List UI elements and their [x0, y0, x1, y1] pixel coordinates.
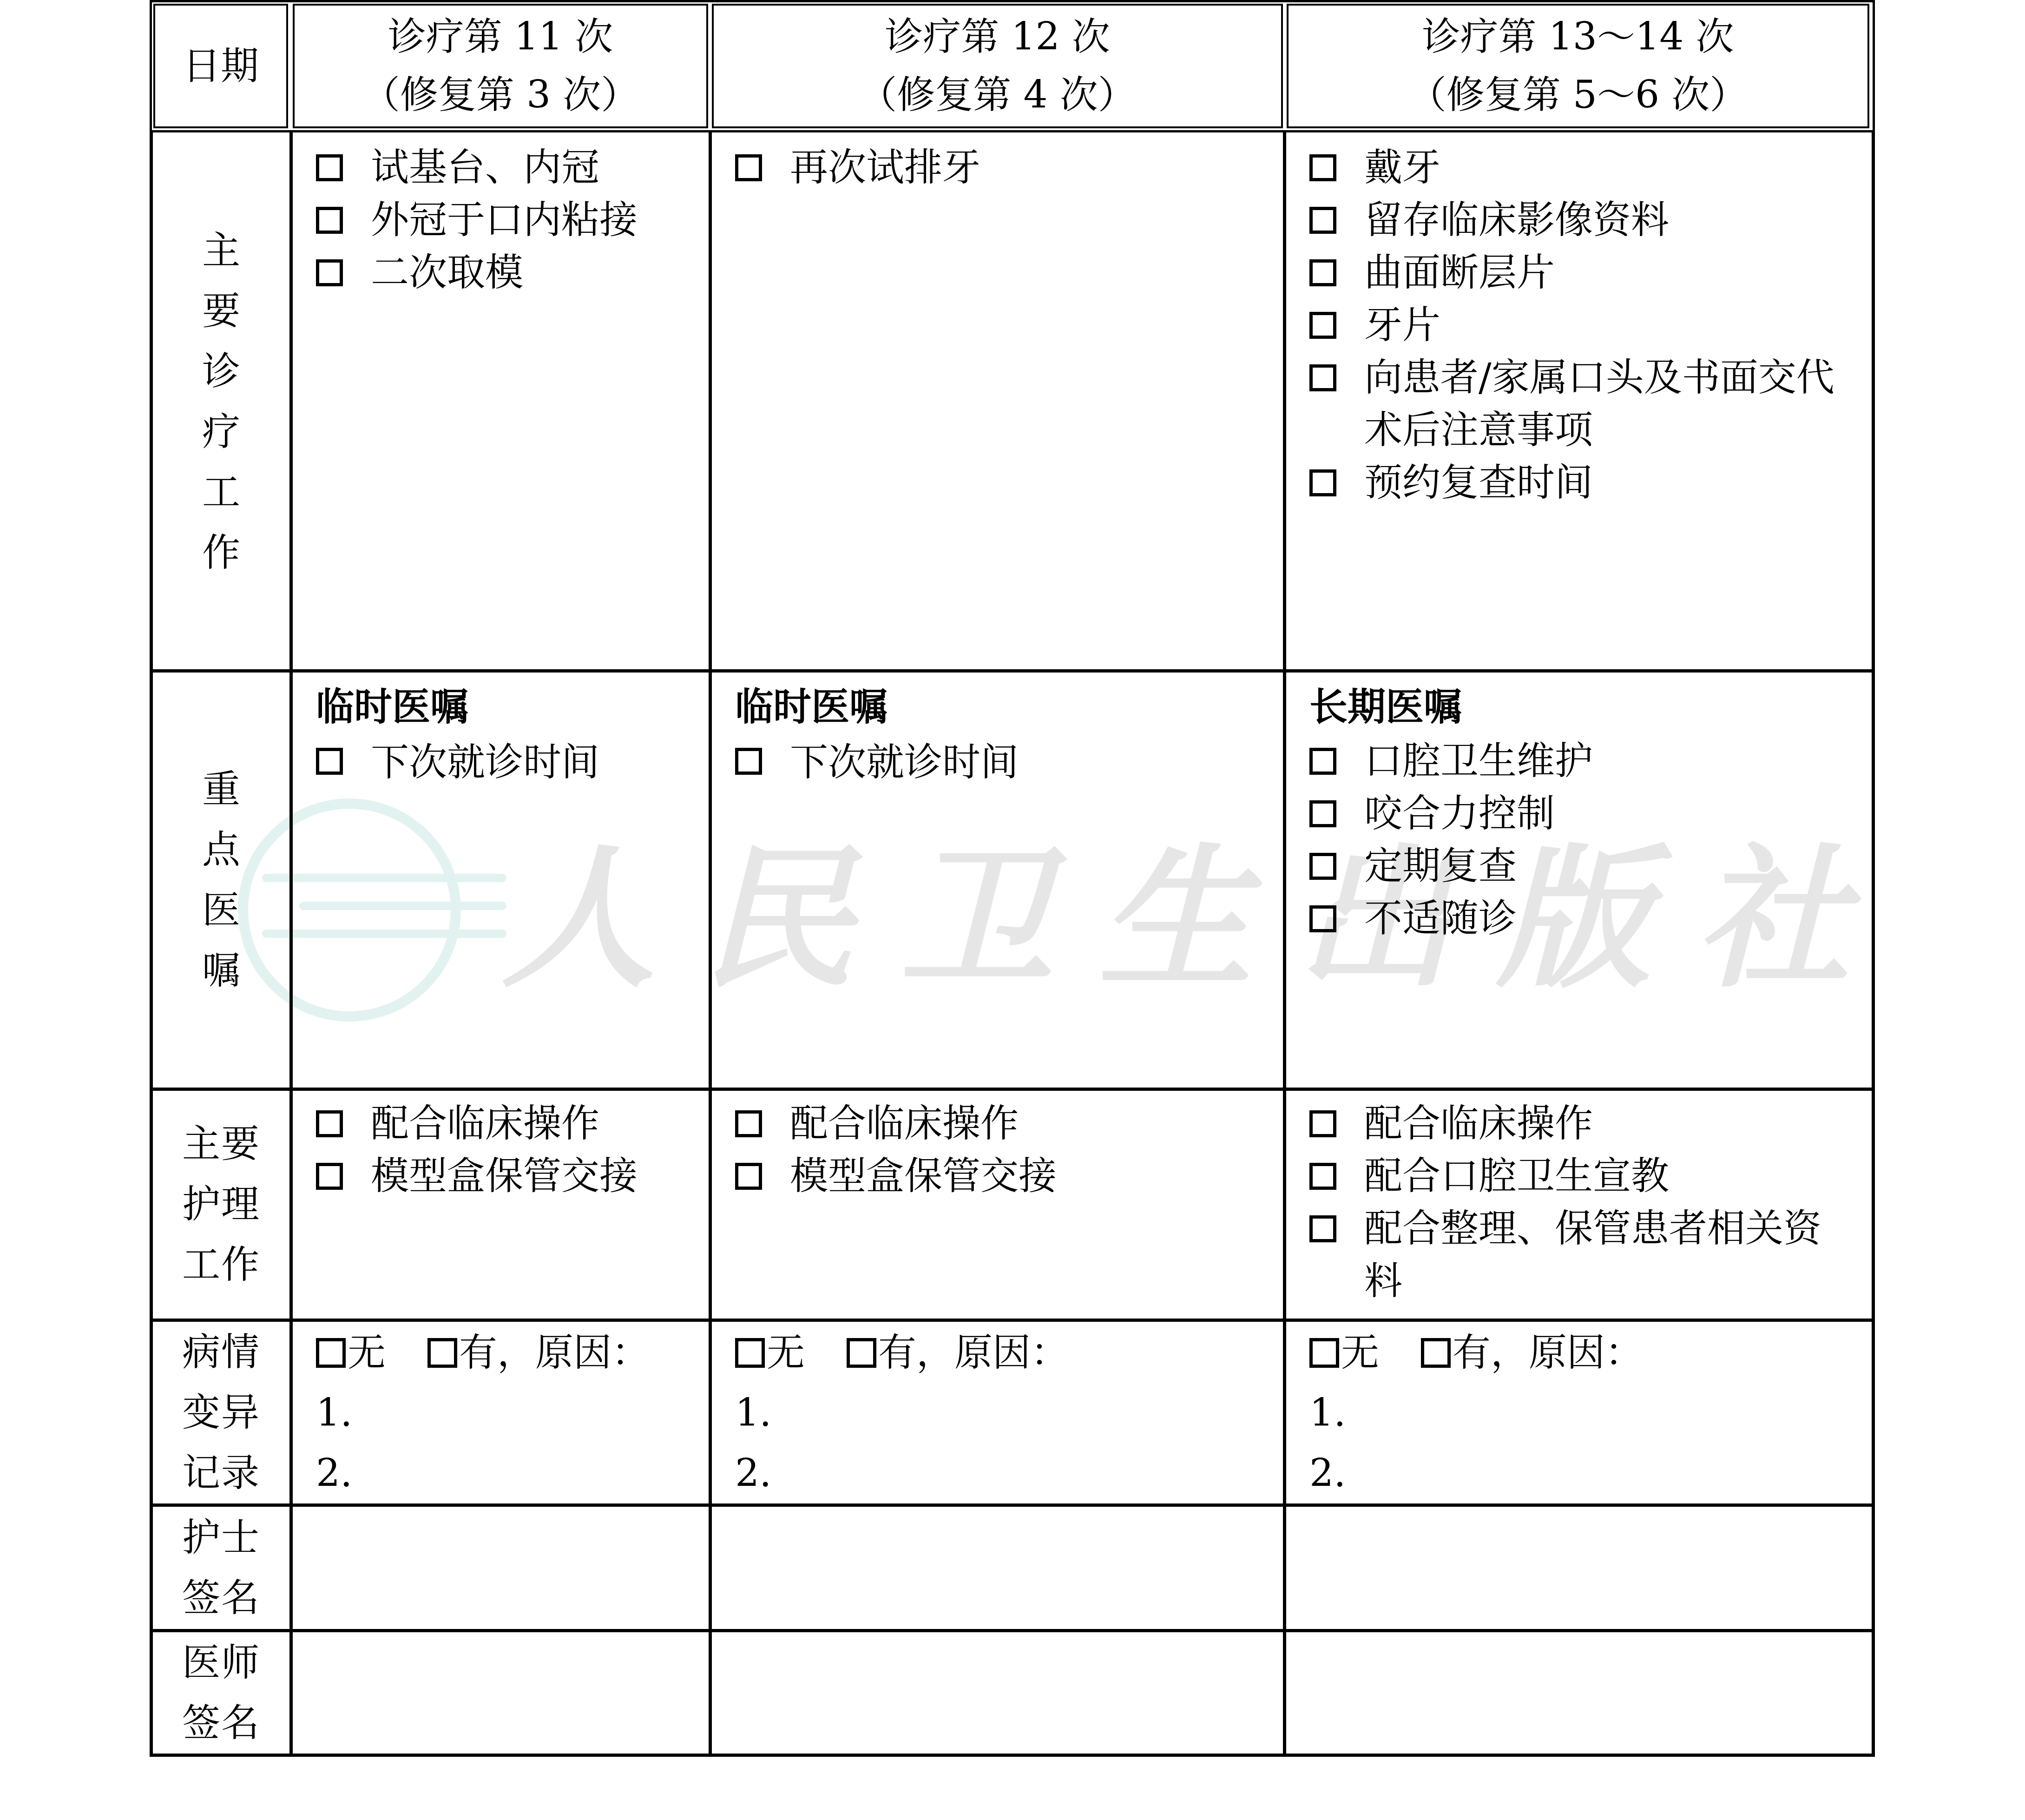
- yes-checkbox[interactable]: [427, 1338, 457, 1368]
- row-divider: [150, 1503, 1875, 1507]
- row-label-nurse-signature: 护士 签名: [153, 1507, 289, 1629]
- checkbox[interactable]: [316, 207, 343, 234]
- reason-line-2[interactable]: 2.: [316, 1444, 709, 1504]
- main-treatment-col-3: 戴牙 留存临床影像资料 曲面断层片 牙片 向患者/家属口头及书面交代术后注意事项…: [1286, 135, 1872, 669]
- row-divider: [150, 669, 1875, 673]
- checklist-item[interactable]: 口腔卫生维护: [1309, 735, 1872, 787]
- checklist-item[interactable]: 下次就诊时间: [316, 735, 709, 791]
- checkbox[interactable]: [316, 1110, 343, 1137]
- checkbox[interactable]: [735, 154, 762, 181]
- variation-col-3: 无 有，原因： 1. 2.: [1286, 1322, 1872, 1503]
- doctor-signature-field-1[interactable]: [293, 1632, 709, 1754]
- checkbox[interactable]: [1309, 748, 1336, 775]
- reason-line-2[interactable]: 2.: [735, 1444, 1283, 1504]
- key-orders-col-1: 临时医嘱 下次就诊时间: [293, 673, 709, 1088]
- variation-col-2: 无 有，原因： 1. 2.: [712, 1322, 1283, 1503]
- column-divider: [289, 132, 293, 1757]
- checklist-item[interactable]: 二次取模: [316, 246, 709, 299]
- reason-line-1[interactable]: 1.: [735, 1383, 1283, 1444]
- checklist-item[interactable]: 配合口腔卫生宣教: [1309, 1150, 1858, 1202]
- checklist-item[interactable]: 模型盒保管交接: [316, 1150, 709, 1202]
- checkbox[interactable]: [1309, 1215, 1336, 1242]
- reason-line-1[interactable]: 1.: [1309, 1383, 1872, 1444]
- doctor-signature-field-3[interactable]: [1286, 1632, 1872, 1754]
- checklist-item[interactable]: 曲面断层片: [1309, 246, 1858, 299]
- checkbox[interactable]: [1309, 364, 1336, 391]
- checklist-item[interactable]: 再次试排牙: [735, 141, 1283, 194]
- checkbox[interactable]: [1309, 1110, 1336, 1137]
- none-checkbox[interactable]: [735, 1338, 765, 1368]
- key-orders-col-2: 临时医嘱 下次就诊时间: [712, 673, 1283, 1088]
- checkbox[interactable]: [1309, 853, 1336, 880]
- row-label-variation: 病情 变异 记录: [153, 1322, 289, 1503]
- visit-header-13-14: 诊疗第 13～14 次 （修复第 5～6 次）: [1287, 4, 1869, 128]
- clinical-pathway-page: 人 民 卫 生 出 版 社 日期: [0, 0, 2025, 1820]
- checklist-item[interactable]: 不适随诊: [1309, 892, 1872, 945]
- yes-checkbox[interactable]: [847, 1338, 876, 1368]
- checkbox[interactable]: [1309, 905, 1336, 932]
- nurse-signature-field-1[interactable]: [293, 1507, 709, 1629]
- checklist-item[interactable]: 下次就诊时间: [735, 735, 1283, 791]
- checklist-item[interactable]: 配合临床操作: [1309, 1097, 1858, 1150]
- checklist-item[interactable]: 配合临床操作: [316, 1097, 709, 1150]
- checkbox[interactable]: [1309, 207, 1336, 234]
- table-border: [150, 132, 153, 1757]
- checklist-item[interactable]: 戴牙: [1309, 141, 1858, 194]
- nursing-col-3: 配合临床操作 配合口腔卫生宣教 配合整理、保管患者相关资料: [1286, 1091, 1872, 1319]
- key-orders-col-3: 长期医嘱 口腔卫生维护 咬合力控制 定期复查 不适随诊: [1286, 673, 1872, 1088]
- nurse-signature-field-3[interactable]: [1286, 1507, 1872, 1629]
- table-border: [150, 1754, 1875, 1757]
- checklist-item[interactable]: 留存临床影像资料: [1309, 194, 1858, 246]
- table-border: [1873, 0, 1875, 132]
- table-border: [1872, 132, 1875, 1757]
- orders-heading: 长期医嘱: [1309, 679, 1872, 735]
- variation-col-1: 无 有，原因： 1. 2.: [293, 1322, 709, 1503]
- date-header: 日期: [153, 4, 288, 128]
- row-label-main-treatment: 主 要 诊 疗 工 作: [153, 135, 289, 669]
- row-divider: [150, 1629, 1875, 1632]
- visit-header-11: 诊疗第 11 次 （修复第 3 次）: [293, 4, 708, 128]
- checkbox[interactable]: [316, 748, 343, 775]
- checklist-item[interactable]: 牙片: [1309, 299, 1858, 351]
- checkbox[interactable]: [316, 1163, 343, 1190]
- none-checkbox[interactable]: [316, 1338, 346, 1368]
- orders-heading: 临时医嘱: [316, 679, 709, 735]
- checklist-item[interactable]: 定期复查: [1309, 840, 1872, 892]
- reason-line-2[interactable]: 2.: [1309, 1444, 1872, 1504]
- table-border: [150, 130, 1875, 132]
- table-border: [150, 0, 1875, 2]
- orders-heading: 临时医嘱: [735, 679, 1283, 735]
- treatment-schedule-table: 日期 诊疗第 11 次 （修复第 3 次） 诊疗第 12 次 （修复第 4 次）…: [150, 0, 1875, 1757]
- doctor-signature-field-2[interactable]: [712, 1632, 1283, 1754]
- table-border: [150, 0, 152, 132]
- checkbox[interactable]: [1309, 259, 1336, 286]
- nursing-col-1: 配合临床操作 模型盒保管交接: [293, 1091, 709, 1319]
- checklist-item[interactable]: 预约复查时间: [1309, 456, 1858, 509]
- checklist-item[interactable]: 配合临床操作: [735, 1097, 1283, 1150]
- checkbox[interactable]: [735, 1163, 762, 1190]
- reason-line-1[interactable]: 1.: [316, 1383, 709, 1444]
- main-treatment-col-2: 再次试排牙: [712, 135, 1283, 669]
- row-label-key-orders: 重 点 医 嘱: [153, 673, 289, 1088]
- yes-checkbox[interactable]: [1421, 1338, 1451, 1368]
- nursing-col-2: 配合临床操作 模型盒保管交接: [712, 1091, 1283, 1319]
- checkbox[interactable]: [1309, 469, 1336, 496]
- none-checkbox[interactable]: [1309, 1338, 1339, 1368]
- visit-header-12: 诊疗第 12 次 （修复第 4 次）: [712, 4, 1283, 128]
- checkbox[interactable]: [1309, 312, 1336, 339]
- checkbox[interactable]: [735, 1110, 762, 1137]
- row-divider: [150, 1088, 1875, 1091]
- checkbox[interactable]: [735, 748, 762, 775]
- checklist-item[interactable]: 配合整理、保管患者相关资料: [1309, 1202, 1858, 1307]
- checkbox[interactable]: [1309, 800, 1336, 827]
- main-treatment-col-1: 试基台、内冠 外冠于口内粘接 二次取模: [293, 135, 709, 669]
- checklist-item[interactable]: 咬合力控制: [1309, 787, 1872, 840]
- checklist-item[interactable]: 外冠于口内粘接: [316, 194, 709, 246]
- row-label-doctor-signature: 医师 签名: [153, 1632, 289, 1754]
- checkbox[interactable]: [1309, 1163, 1336, 1190]
- checklist-item[interactable]: 向患者/家属口头及书面交代术后注意事项: [1309, 351, 1858, 456]
- row-divider: [150, 1319, 1875, 1322]
- row-label-nursing: 主要 护理 工作: [153, 1091, 289, 1319]
- column-divider: [1283, 132, 1286, 1757]
- checklist-item[interactable]: 模型盒保管交接: [735, 1150, 1283, 1202]
- checkbox[interactable]: [316, 259, 343, 286]
- checklist-item[interactable]: 试基台、内冠: [316, 141, 709, 194]
- column-divider: [709, 132, 712, 1757]
- checkbox[interactable]: [316, 154, 343, 181]
- checkbox[interactable]: [1309, 154, 1336, 181]
- nurse-signature-field-2[interactable]: [712, 1507, 1283, 1629]
